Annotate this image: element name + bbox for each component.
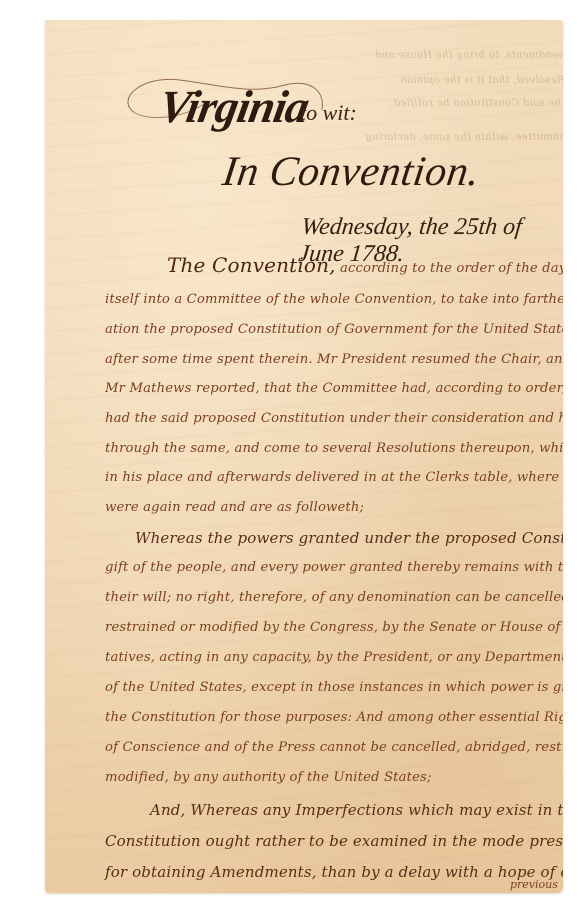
body-line-21: for obtaining Amendments, than by a dela…	[105, 863, 563, 881]
body-line-1: The Convention, according to the order o…	[167, 253, 563, 277]
body-line-14: tatives, acting in any capacity, by the …	[105, 650, 563, 665]
body-line-17: of Conscience and of the Press cannot be…	[105, 740, 563, 755]
heading-convention: In Convention.	[220, 148, 483, 196]
body-line-15: of the United States, except in those in…	[105, 680, 563, 695]
heading-to-wit: to wit:	[300, 100, 357, 126]
body-line-8: in his place and afterwards delivered in…	[105, 470, 563, 485]
body-line-13: restrained or modified by the Congress, …	[105, 620, 563, 635]
body-line-10: Whereas the powers granted under the pro…	[135, 529, 563, 547]
body-line-text: according to the order of the day, resol…	[336, 261, 563, 276]
body-line-6: had the said proposed Constitution under…	[105, 411, 563, 426]
body-line-18: modified, by any authority of the United…	[105, 770, 432, 785]
document-viewer: Amendments, to bring the House and Resol…	[0, 0, 579, 918]
body-lead-phrase: The Convention,	[167, 253, 336, 277]
body-line-20: Constitution ought rather to be examined…	[105, 832, 563, 850]
body-line-16: the Constitution for those purposes: And…	[105, 710, 563, 725]
body-line-2: itself into a Committee of the whole Con…	[105, 292, 563, 307]
body-line-12: their will; no right, therefore, of any …	[105, 590, 563, 605]
bleed-through-line: Resolved, that it is the opinion	[400, 75, 563, 86]
bleed-through-line: the said Constitution be ratified.	[390, 98, 563, 109]
bleed-through-line: The Committee, within the same, declarin…	[365, 132, 563, 143]
heading-state: Virginia	[155, 80, 312, 133]
body-line-19: And, Whereas any Imperfections which may…	[150, 801, 563, 819]
bleed-through-line: Amendments, to bring the House and	[375, 50, 563, 61]
manuscript-page: Amendments, to bring the House and Resol…	[45, 20, 563, 893]
body-line-11: gift of the people, and every power gran…	[105, 560, 563, 575]
catchword: previous	[510, 878, 558, 891]
body-line-4: after some time spent therein. Mr Presid…	[105, 352, 563, 367]
body-line-3: ation the proposed Constitution of Gover…	[105, 322, 563, 337]
body-line-7: through the same, and come to several Re…	[105, 441, 563, 456]
body-line-5: Mr Mathews reported, that the Committee …	[105, 381, 563, 396]
body-line-9: were again read and are as followeth;	[105, 500, 364, 515]
